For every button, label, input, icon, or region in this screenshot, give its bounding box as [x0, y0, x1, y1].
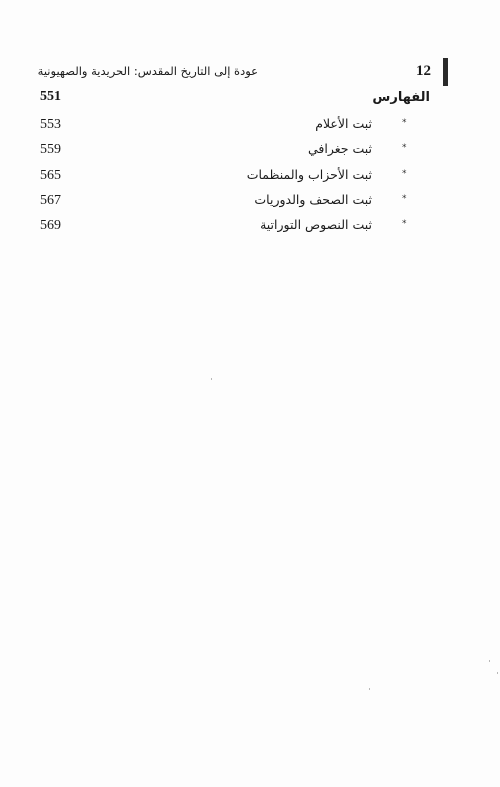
- toc-list: * ثبت الأعلام 553 * ثبت جغرافي 559 * ثبت…: [0, 114, 500, 240]
- toc-item-page: 559: [40, 141, 61, 159]
- page-number: 12: [405, 62, 431, 80]
- toc-item-page: 569: [40, 217, 61, 235]
- toc-item-page: 553: [40, 116, 61, 134]
- toc-item-label: ثبت الأعلام: [315, 115, 372, 133]
- scan-speck: [489, 660, 490, 662]
- toc-item-page: 567: [40, 192, 61, 210]
- toc-item-label: ثبت الأحزاب والمنظمات: [247, 166, 372, 184]
- bullet-icon: *: [402, 218, 407, 230]
- toc-item: * ثبت الأحزاب والمنظمات 565: [0, 165, 500, 190]
- section-title: الفهارس: [372, 88, 430, 108]
- toc-item: * ثبت جغرافي 559: [0, 139, 500, 164]
- bullet-icon: *: [402, 142, 407, 154]
- toc-item-label: ثبت جغرافي: [308, 140, 372, 158]
- section-page-number: 551: [40, 88, 61, 106]
- toc-item: * ثبت الأعلام 553: [0, 114, 500, 139]
- toc-item-label: ثبت النصوص التوراتية: [260, 216, 372, 234]
- book-page: 12 عودة إلى التاريخ المقدس: الحريدية وال…: [0, 0, 500, 787]
- toc-item-label: ثبت الصحف والدوريات: [254, 191, 372, 209]
- scan-speck: [211, 378, 212, 380]
- bullet-icon: *: [402, 168, 407, 180]
- scan-speck: [369, 688, 370, 690]
- bullet-icon: *: [402, 193, 407, 205]
- toc-item: * ثبت الصحف والدوريات 567: [0, 190, 500, 215]
- toc-item-page: 565: [40, 167, 61, 185]
- toc-item: * ثبت النصوص التوراتية 569: [0, 215, 500, 240]
- bullet-icon: *: [402, 117, 407, 129]
- running-title: عودة إلى التاريخ المقدس: الحريدية والصهي…: [38, 62, 258, 80]
- page-edge-marker: [443, 58, 448, 86]
- scan-speck: [497, 672, 498, 674]
